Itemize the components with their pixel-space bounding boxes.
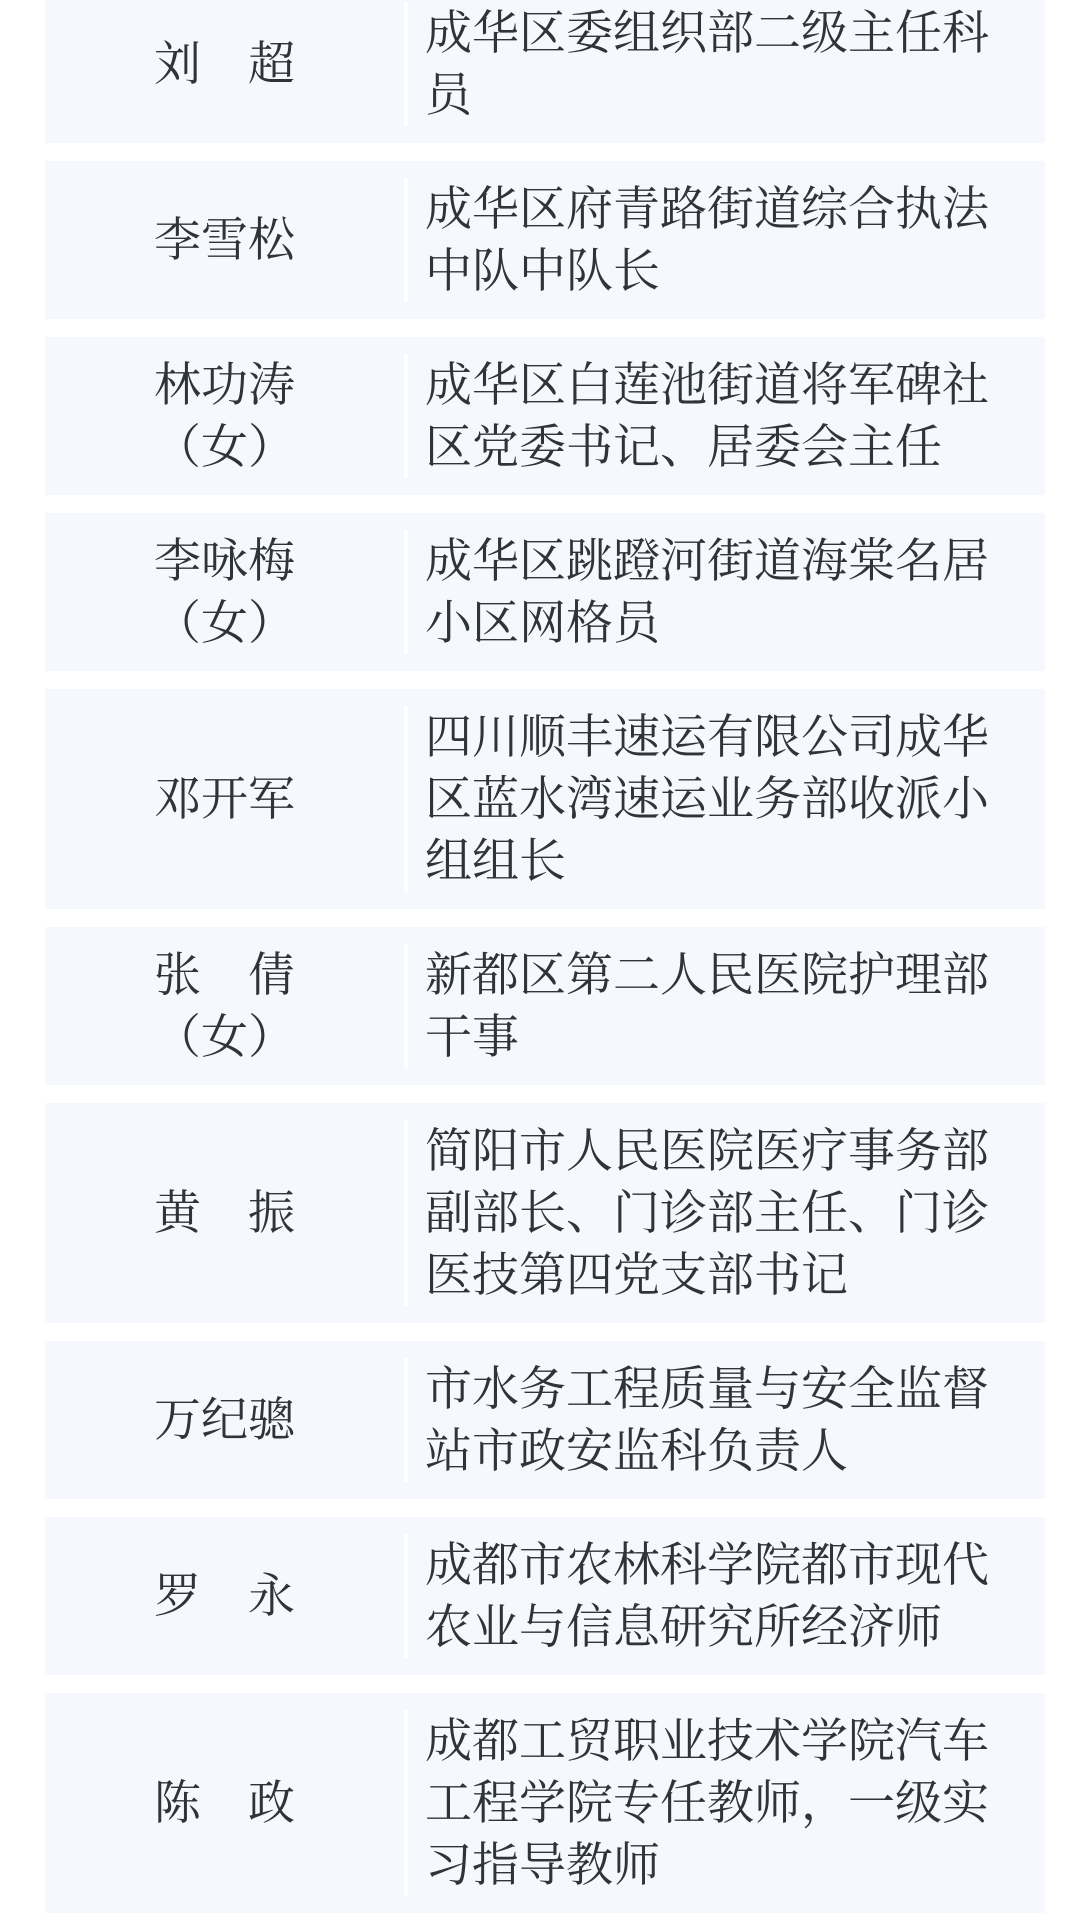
title-cell: 简阳市人民医院医疗事务部 副部长、门诊部主任、门诊 医技第四党支部书记 bbox=[408, 1120, 1045, 1306]
person-title-line: 成都市农林科学院都市现代 bbox=[425, 1534, 1015, 1596]
person-name: 林功涛 bbox=[154, 354, 295, 416]
table-row: 陈 政 成都工贸职业技术学院汽车 工程学院专任教师，一级实 习指导教师 bbox=[45, 1693, 1045, 1913]
name-cell: 罗 永 bbox=[45, 1534, 408, 1658]
person-title-line: 成华区跳蹬河街道海棠名居 bbox=[425, 530, 1015, 592]
person-title-line: 中队中队长 bbox=[425, 240, 1015, 302]
person-title-line: 四川顺丰速运有限公司成华 bbox=[425, 706, 1015, 768]
title-cell: 成都工贸职业技术学院汽车 工程学院专任教师，一级实 习指导教师 bbox=[408, 1710, 1045, 1896]
person-name: 陈 政 bbox=[154, 1772, 295, 1834]
title-cell: 成华区跳蹬河街道海棠名居 小区网格员 bbox=[408, 530, 1045, 654]
table-row: 林功涛 （女） 成华区白莲池街道将军碑社 区党委书记、居委会主任 bbox=[45, 337, 1045, 495]
title-cell: 成华区府青路街道综合执法 中队中队长 bbox=[408, 178, 1045, 302]
person-title-line: 站市政安监科负责人 bbox=[425, 1420, 1015, 1482]
person-title-line: 成都工贸职业技术学院汽车 bbox=[425, 1710, 1015, 1772]
person-name: 李雪松 bbox=[154, 209, 295, 271]
table-row: 张 倩 （女） 新都区第二人民医院护理部 干事 bbox=[45, 927, 1045, 1085]
table-row: 邓开军 四川顺丰速运有限公司成华 区蓝水湾速运业务部收派小 组组长 bbox=[45, 689, 1045, 909]
title-cell: 四川顺丰速运有限公司成华 区蓝水湾速运业务部收派小 组组长 bbox=[408, 706, 1045, 892]
person-title-line: 区党委书记、居委会主任 bbox=[425, 416, 1015, 478]
person-title-line: 农业与信息研究所经济师 bbox=[425, 1596, 1015, 1658]
person-title-line: 小区网格员 bbox=[425, 592, 1015, 654]
person-title-line: 成华区白莲池街道将军碑社 bbox=[425, 354, 1015, 416]
name-cell: 刘 超 bbox=[45, 2, 408, 126]
table-row: 李雪松 成华区府青路街道综合执法 中队中队长 bbox=[45, 161, 1045, 319]
table-row: 万纪骢 市水务工程质量与安全监督 站市政安监科负责人 bbox=[45, 1341, 1045, 1499]
title-cell: 市水务工程质量与安全监督 站市政安监科负责人 bbox=[408, 1358, 1045, 1482]
person-title-line: 区蓝水湾速运业务部收派小 bbox=[425, 768, 1015, 830]
name-cell: 林功涛 （女） bbox=[45, 354, 408, 478]
title-cell: 成都市农林科学院都市现代 农业与信息研究所经济师 bbox=[408, 1534, 1045, 1658]
name-cell: 万纪骢 bbox=[45, 1358, 408, 1482]
person-title-line: 组组长 bbox=[425, 830, 1015, 892]
person-title-line: 习指导教师 bbox=[425, 1834, 1015, 1896]
person-title-line: 副部长、门诊部主任、门诊 bbox=[425, 1182, 1015, 1244]
person-name: 刘 超 bbox=[154, 33, 295, 95]
person-name: 李咏梅 bbox=[154, 530, 295, 592]
title-cell: 新都区第二人民医院护理部 干事 bbox=[408, 944, 1045, 1068]
title-cell: 成华区委组织部二级主任科 员 bbox=[408, 2, 1045, 126]
name-cell: 李咏梅 （女） bbox=[45, 530, 408, 654]
table-row: 罗 永 成都市农林科学院都市现代 农业与信息研究所经济师 bbox=[45, 1517, 1045, 1675]
person-title-line: 新都区第二人民医院护理部 bbox=[425, 944, 1015, 1006]
person-name: 张 倩 bbox=[154, 944, 295, 1006]
table-row: 黄 振 简阳市人民医院医疗事务部 副部长、门诊部主任、门诊 医技第四党支部书记 bbox=[45, 1103, 1045, 1323]
table-row: 刘 超 成华区委组织部二级主任科 员 bbox=[45, 0, 1045, 143]
person-name: 黄 振 bbox=[154, 1182, 295, 1244]
name-cell: 黄 振 bbox=[45, 1120, 408, 1306]
person-title-line: 简阳市人民医院医疗事务部 bbox=[425, 1120, 1015, 1182]
title-cell: 成华区白莲池街道将军碑社 区党委书记、居委会主任 bbox=[408, 354, 1045, 478]
table-row: 李咏梅 （女） 成华区跳蹬河街道海棠名居 小区网格员 bbox=[45, 513, 1045, 671]
person-name-gender: （女） bbox=[154, 1006, 295, 1068]
person-name-gender: （女） bbox=[154, 416, 295, 478]
person-title-line: 干事 bbox=[425, 1006, 1015, 1068]
person-title-line: 成华区府青路街道综合执法 bbox=[425, 178, 1015, 240]
person-title-line: 工程学院专任教师，一级实 bbox=[425, 1772, 1015, 1834]
person-name: 万纪骢 bbox=[154, 1389, 295, 1451]
person-title-line: 员 bbox=[425, 64, 1015, 126]
person-name-gender: （女） bbox=[154, 592, 295, 654]
name-cell: 张 倩 （女） bbox=[45, 944, 408, 1068]
person-name: 罗 永 bbox=[154, 1565, 295, 1627]
person-name: 邓开军 bbox=[154, 768, 295, 830]
name-cell: 陈 政 bbox=[45, 1710, 408, 1896]
name-cell: 邓开军 bbox=[45, 706, 408, 892]
name-cell: 李雪松 bbox=[45, 178, 408, 302]
person-title-line: 医技第四党支部书记 bbox=[425, 1244, 1015, 1306]
person-title-line: 成华区委组织部二级主任科 bbox=[425, 2, 1015, 64]
awards-name-title-table: 刘 超 成华区委组织部二级主任科 员 李雪松 成华区府青路街道综合执法 中队中队… bbox=[0, 0, 1080, 1913]
person-title-line: 市水务工程质量与安全监督 bbox=[425, 1358, 1015, 1420]
